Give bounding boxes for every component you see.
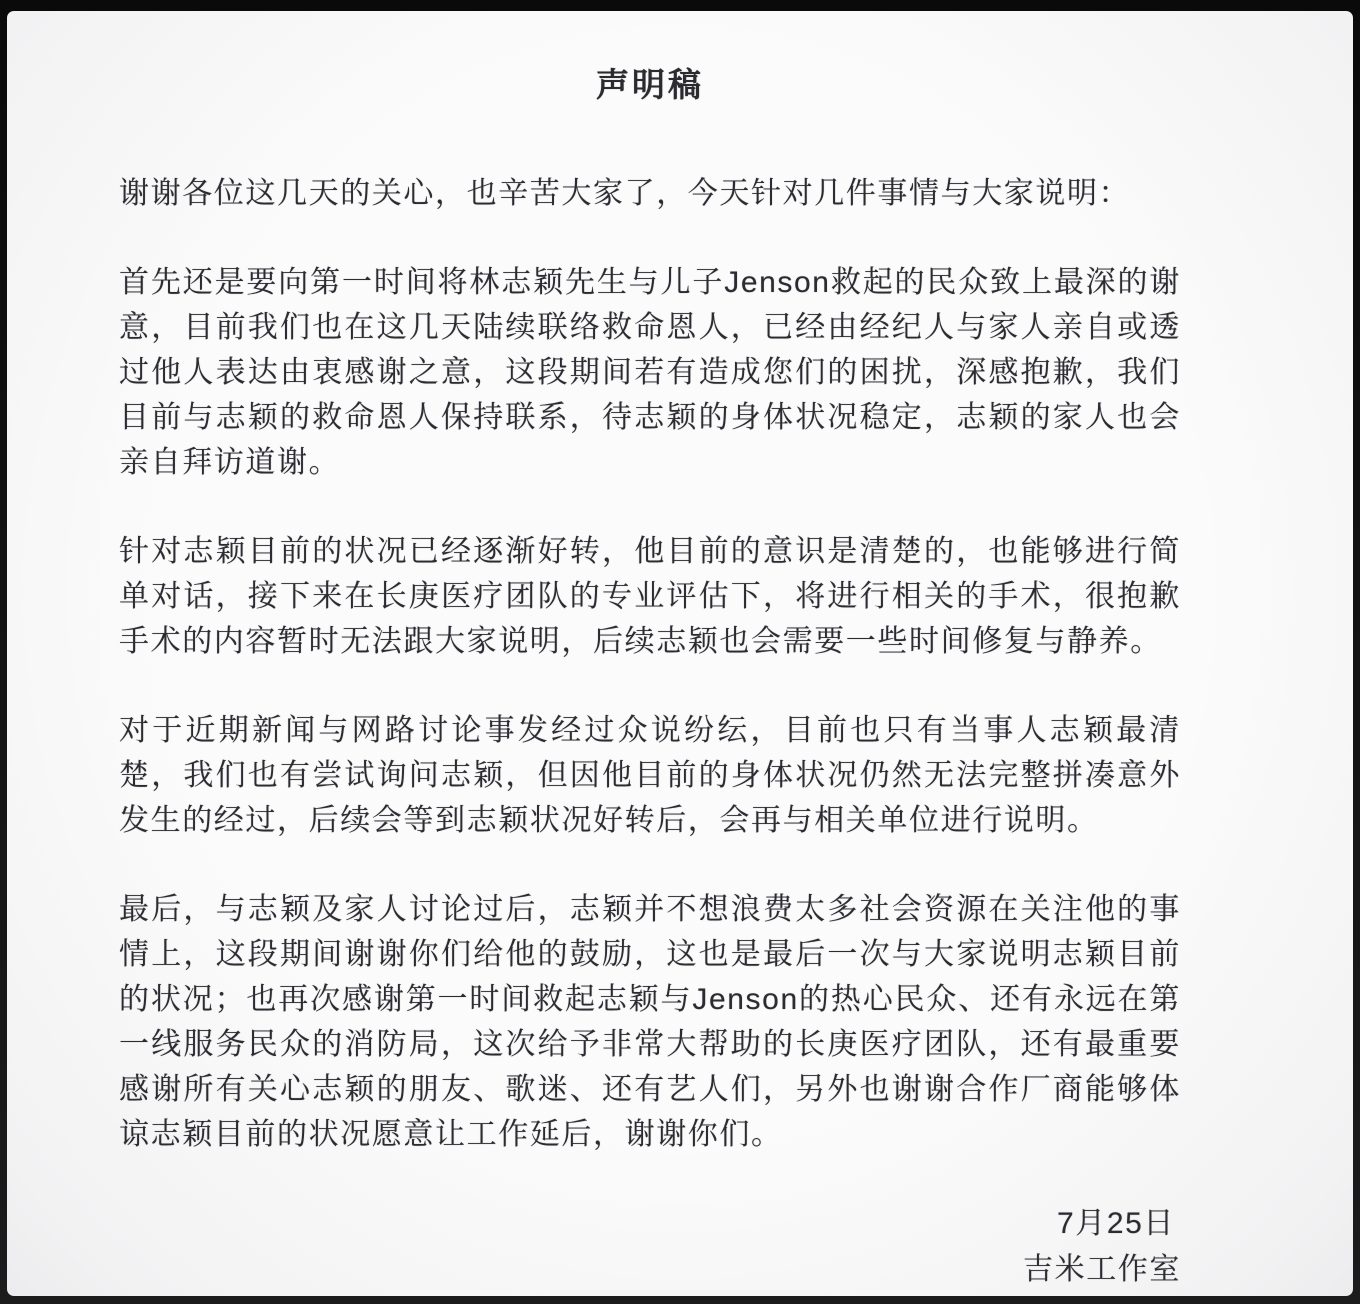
statement-document: 声明稿 谢谢各位这几天的关心，也辛苦大家了，今天针对几件事情与大家说明：首先还是… bbox=[7, 11, 1353, 1296]
signature-block: 7月25日 吉米工作室 bbox=[119, 1201, 1181, 1293]
photo-frame: 声明稿 谢谢各位这几天的关心，也辛苦大家了，今天针对几件事情与大家说明：首先还是… bbox=[0, 0, 1360, 1304]
document-title: 声明稿 bbox=[119, 61, 1181, 109]
statement-paragraph: 谢谢各位这几天的关心，也辛苦大家了，今天针对几件事情与大家说明： bbox=[119, 171, 1181, 216]
statement-paragraphs: 谢谢各位这几天的关心，也辛苦大家了，今天针对几件事情与大家说明：首先还是要向第一… bbox=[119, 171, 1181, 1157]
statement-paragraph: 针对志颖目前的状况已经逐渐好转，他目前的意识是清楚的，也能够进行简单对话，接下来… bbox=[119, 529, 1181, 664]
signature-date: 7月25日 bbox=[119, 1201, 1181, 1247]
statement-paragraph: 对于近期新闻与网路讨论事发经过众说纷纭，目前也只有当事人志颖最清楚，我们也有尝试… bbox=[119, 708, 1181, 843]
statement-paragraph: 最后，与志颖及家人讨论过后，志颖并不想浪费太多社会资源在关注他的事情上，这段期间… bbox=[119, 887, 1181, 1157]
statement-paragraph: 首先还是要向第一时间将林志颖先生与儿子Jenson救起的民众致上最深的谢意，目前… bbox=[119, 260, 1181, 485]
signature-studio: 吉米工作室 bbox=[119, 1247, 1181, 1293]
